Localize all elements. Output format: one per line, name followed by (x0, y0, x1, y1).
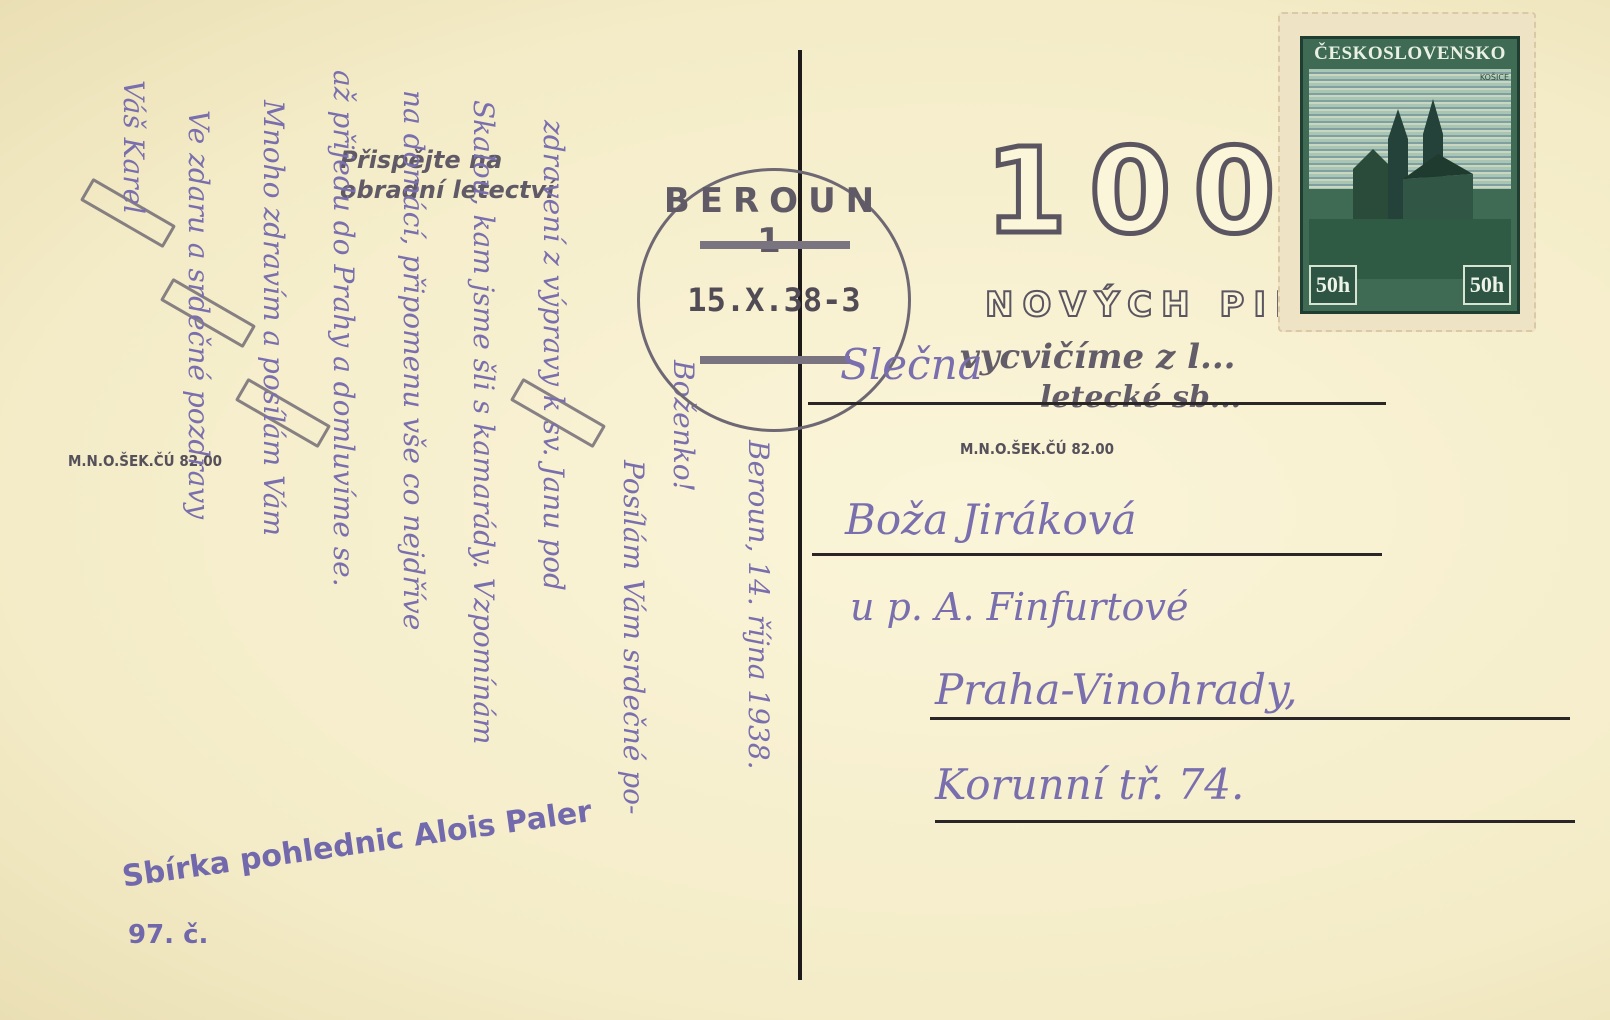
slogan-number: 100 (985, 122, 1297, 260)
stamp-design: ČESKOSLOVENSKO KOŠICE 50h 50h (1300, 36, 1520, 314)
stamp-place: KOŠICE (1480, 73, 1509, 82)
postmark-town: BEROUN 1 (640, 181, 908, 261)
slogan-line3: letecké sb... (1040, 380, 1241, 415)
message-line: na domácí, připomenu vše co nejdříve (397, 90, 430, 630)
slogan-printer-code: M.N.O.ŠEK.ČÚ 82.00 (960, 440, 1114, 458)
postmark: BEROUN 1 15.X.38-3 (637, 168, 911, 432)
address-name: Boža Jiráková (845, 495, 1137, 544)
postmark-bar (700, 241, 850, 249)
address-rule (812, 553, 1382, 556)
postmark-bar (700, 356, 850, 364)
left-slogan-cancel: Přispějte na obradní letectví (340, 145, 554, 205)
address-rule (930, 717, 1570, 720)
left-slogan-line1: Přispějte na (340, 145, 554, 175)
stamp-value-right: 50h (1463, 265, 1511, 305)
message-line: Posílám Vám srdečné po- (617, 460, 650, 814)
message-line: Váš Karel (117, 80, 150, 214)
message-line: Mnoho zdravím a posílám Vám (257, 100, 290, 536)
address-city: Praha-Vinohrady, (935, 665, 1298, 714)
address-salutation: Slečna (840, 340, 983, 389)
stamp-country: ČESKOSLOVENSKO (1303, 43, 1517, 65)
address-rule (935, 820, 1575, 823)
message-line: Skalou, kam jsme šli s kamarády. Vzpomín… (467, 100, 500, 744)
left-slogan-line2: obradní letectví (340, 175, 554, 205)
postage-stamp: ČESKOSLOVENSKO KOŠICE 50h 50h (1278, 12, 1536, 332)
slogan-line2: vycvičíme z l... (960, 337, 1236, 377)
message-line: zdravení z výpravy k sv. Janu pod (537, 120, 570, 591)
postmark-date: 15.X.38-3 (640, 281, 908, 319)
postcard-back: Přispějte na obradní letectví M.N.O.ŠEK.… (0, 0, 1610, 1020)
address-street: Korunní tř. 74. (935, 760, 1244, 809)
message-line: Ve zdaru a srdečné pozdravy (182, 110, 215, 519)
address-rule (808, 402, 1386, 405)
address-care-of: u p. A. Finfurtové (850, 585, 1188, 629)
collection-stamp-line1: Sbírka pohlednic Alois Paler (120, 794, 594, 895)
collection-stamp-line2: 97. č. (128, 920, 208, 950)
message-line: až přijedu do Prahy a domluvíme se. (327, 70, 360, 587)
message-dateline: Beroun, 14. října 1938. (742, 440, 775, 770)
stamp-value-left: 50h (1309, 265, 1357, 305)
